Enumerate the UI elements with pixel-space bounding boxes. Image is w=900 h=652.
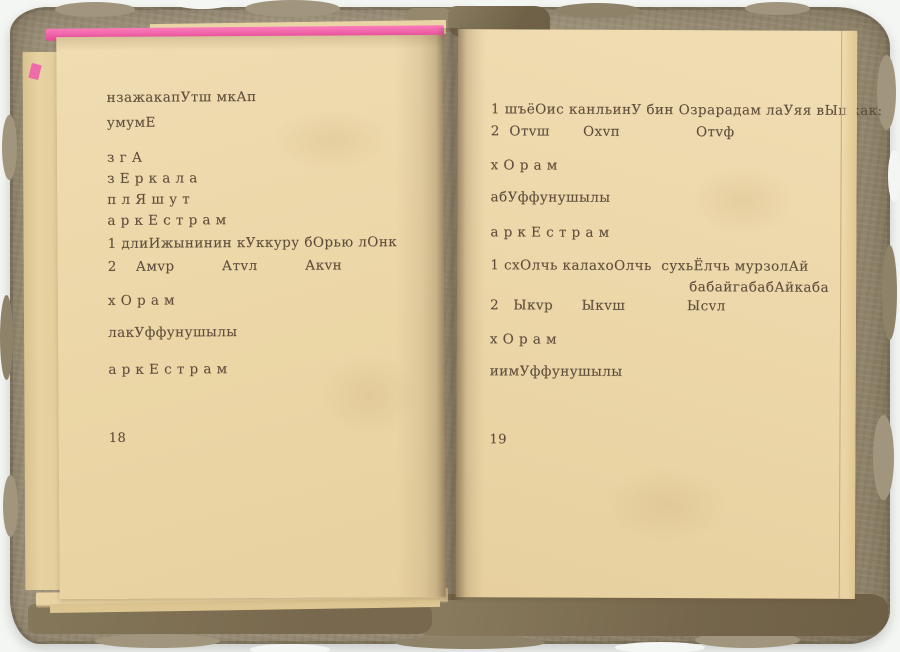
poem-line: 1 длиИжынинин кУккуру бОрью лОнк <box>108 235 398 252</box>
poem-line: умумЕ <box>107 116 156 131</box>
torn-cover-edge <box>245 0 340 17</box>
poem-line: х О р а м <box>108 293 175 308</box>
poem-line: х О р а м <box>491 158 558 173</box>
page-number: 18 <box>109 431 127 446</box>
poem-line: абУффунушылы <box>490 190 610 206</box>
paper-stain <box>667 150 817 251</box>
paper-stain <box>247 95 418 186</box>
torn-cover-notch <box>615 642 705 652</box>
paper-stain <box>576 450 756 561</box>
book-photo-scene: нзажакапУтш мкАп умумЕ з г А з Е р к а л… <box>0 0 900 652</box>
poem-line: 2 Амvр Атvл Акvн <box>108 258 342 274</box>
cover-bottom-torn-strip <box>420 594 888 636</box>
poem-line: п л Я ш у т <box>107 192 190 208</box>
poem-line: з Е р к а л а <box>107 171 198 187</box>
poem-line: лакУффунушылы <box>108 325 237 341</box>
poem-line: з г А <box>107 151 143 166</box>
page-stack-edge-right <box>839 31 857 599</box>
poem-line: а р к Е с т р а м <box>490 225 609 241</box>
torn-cover-edge <box>555 3 640 18</box>
poem-line: 1 схОлчь калахоОлчь сухьЁлчь мурзолАй <box>490 258 809 274</box>
torn-cover-edge <box>395 636 545 649</box>
poem-line: а р к Е с т р а м <box>108 362 227 378</box>
page-top-shadow <box>56 35 442 51</box>
left-page: нзажакапУтш мкАп умумЕ з г А з Е р к а л… <box>56 35 445 599</box>
torn-cover-edge <box>873 415 894 500</box>
poem-line: иимУффунушылы <box>490 364 623 380</box>
gutter-shadow <box>436 28 466 600</box>
poem-line: х О р а м <box>490 332 557 347</box>
poem-line: 1 шъёОис канльинУ бин Озрарадам лаУяя вЫ… <box>491 102 883 119</box>
torn-cover-edge <box>55 2 135 17</box>
poem-line: бабайгабабАйкаба <box>689 280 829 296</box>
poem-line: нзажакапУтш мкАп <box>107 90 257 106</box>
torn-cover-edge <box>2 115 17 180</box>
torn-cover-notch <box>250 644 330 652</box>
torn-cover-edge <box>745 2 810 15</box>
torn-cover-edge <box>3 475 18 537</box>
right-page: 1 шъёОис канльинУ бин Озрарадам лаУяя вЫ… <box>456 29 857 599</box>
torn-cover-notch <box>888 150 900 202</box>
torn-cover-edge <box>0 295 13 380</box>
torn-cover-edge <box>882 245 897 340</box>
poem-line: 2 Отvш Охvп Отvф <box>491 124 735 140</box>
poem-line: 2 Ыкvр Ыкvш Ысvл <box>490 298 726 314</box>
page-number: 19 <box>489 432 507 447</box>
torn-cover-edge <box>95 634 220 648</box>
poem-line: а р к Е с т р а м <box>107 213 226 229</box>
